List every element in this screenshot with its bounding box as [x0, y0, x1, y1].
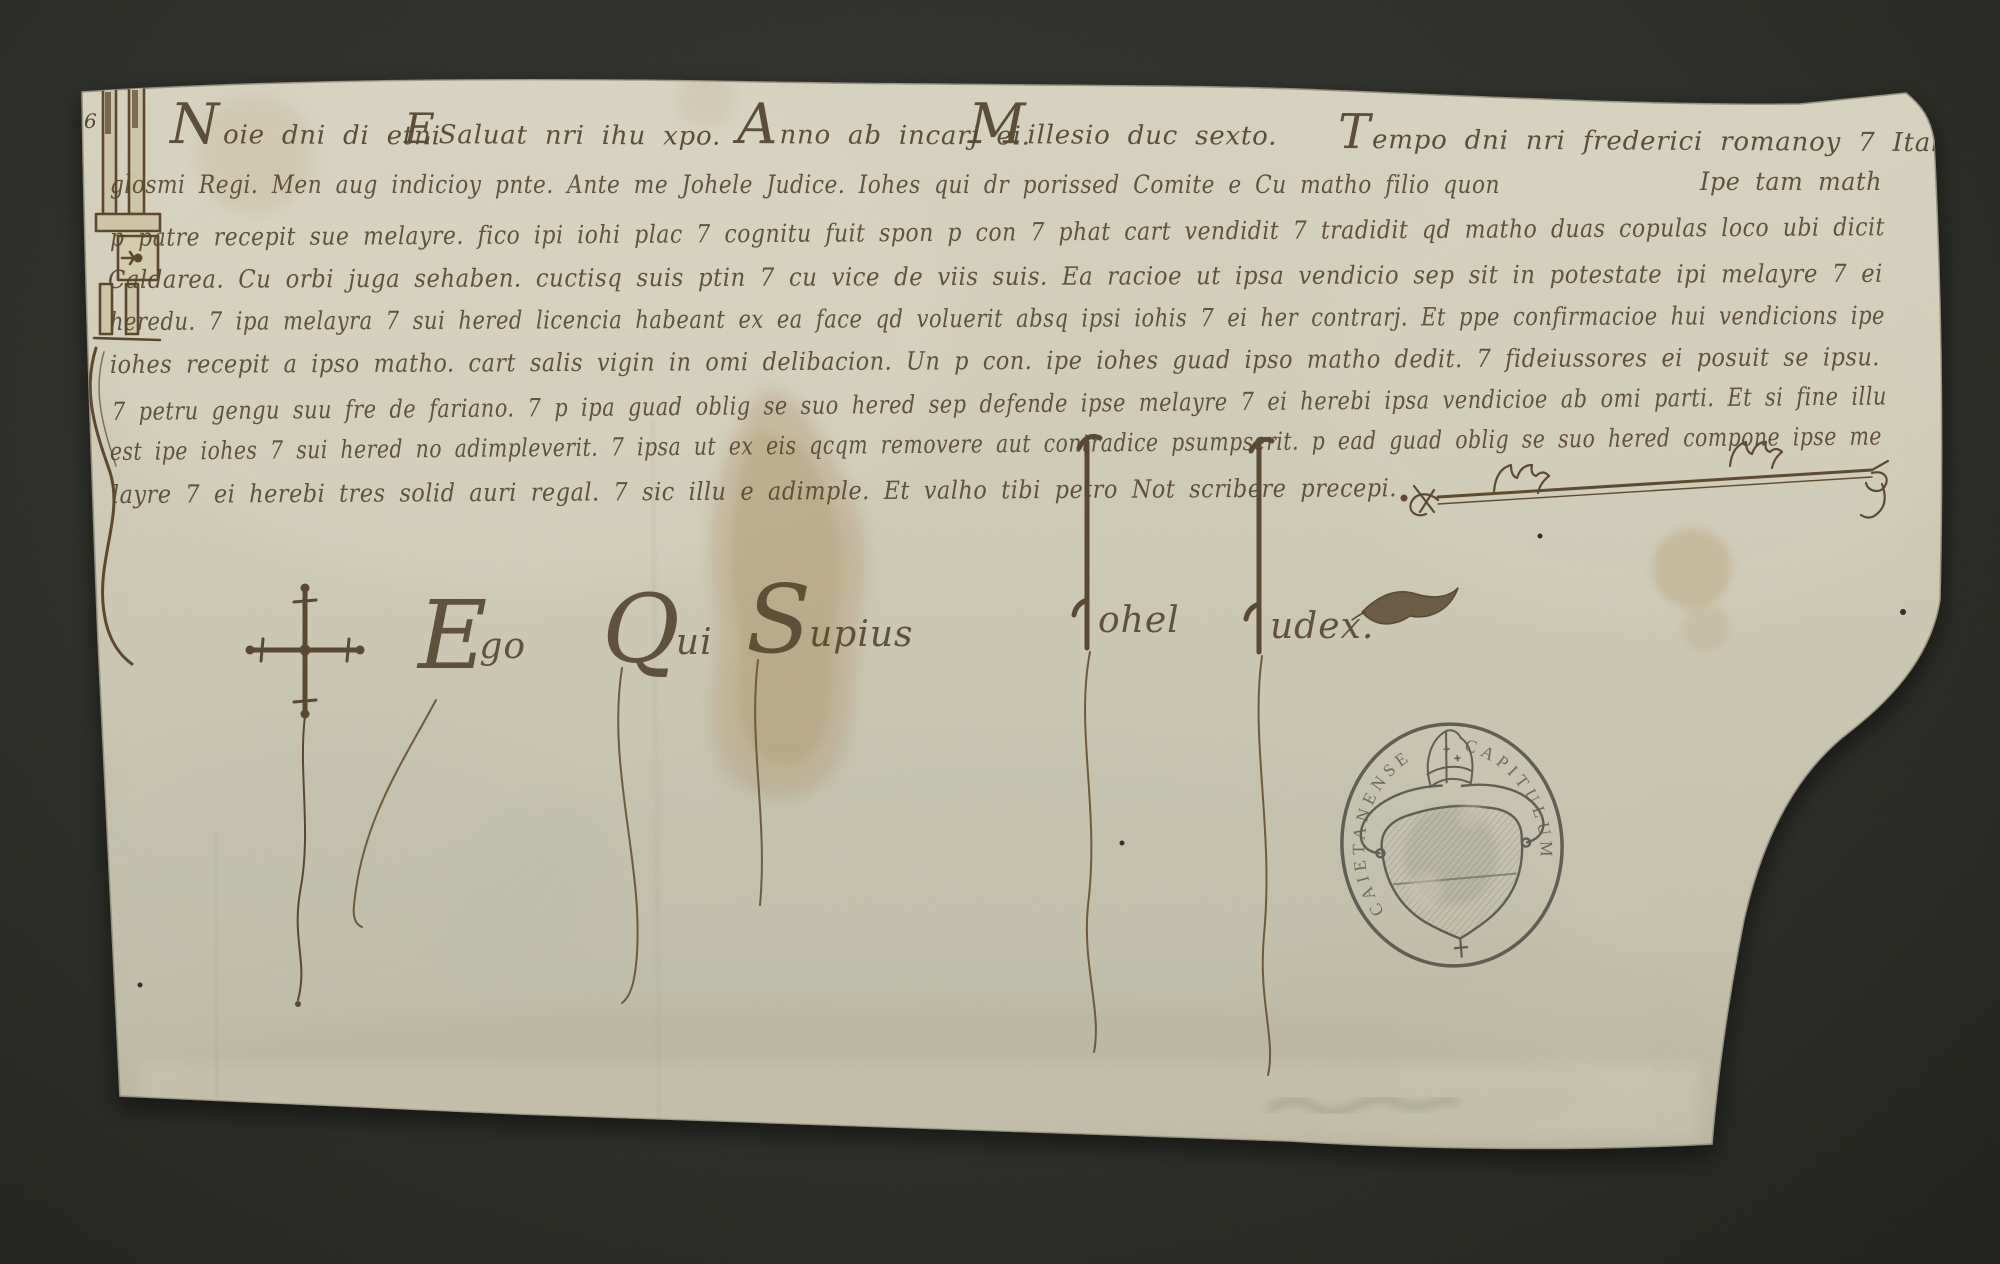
- parchment-graphic: 6 Noie dni di etni: [0, 0, 2000, 1264]
- photograph-canvas: 6 Noie dni di etni: [0, 0, 2000, 1264]
- background-grain: [0, 0, 2000, 1264]
